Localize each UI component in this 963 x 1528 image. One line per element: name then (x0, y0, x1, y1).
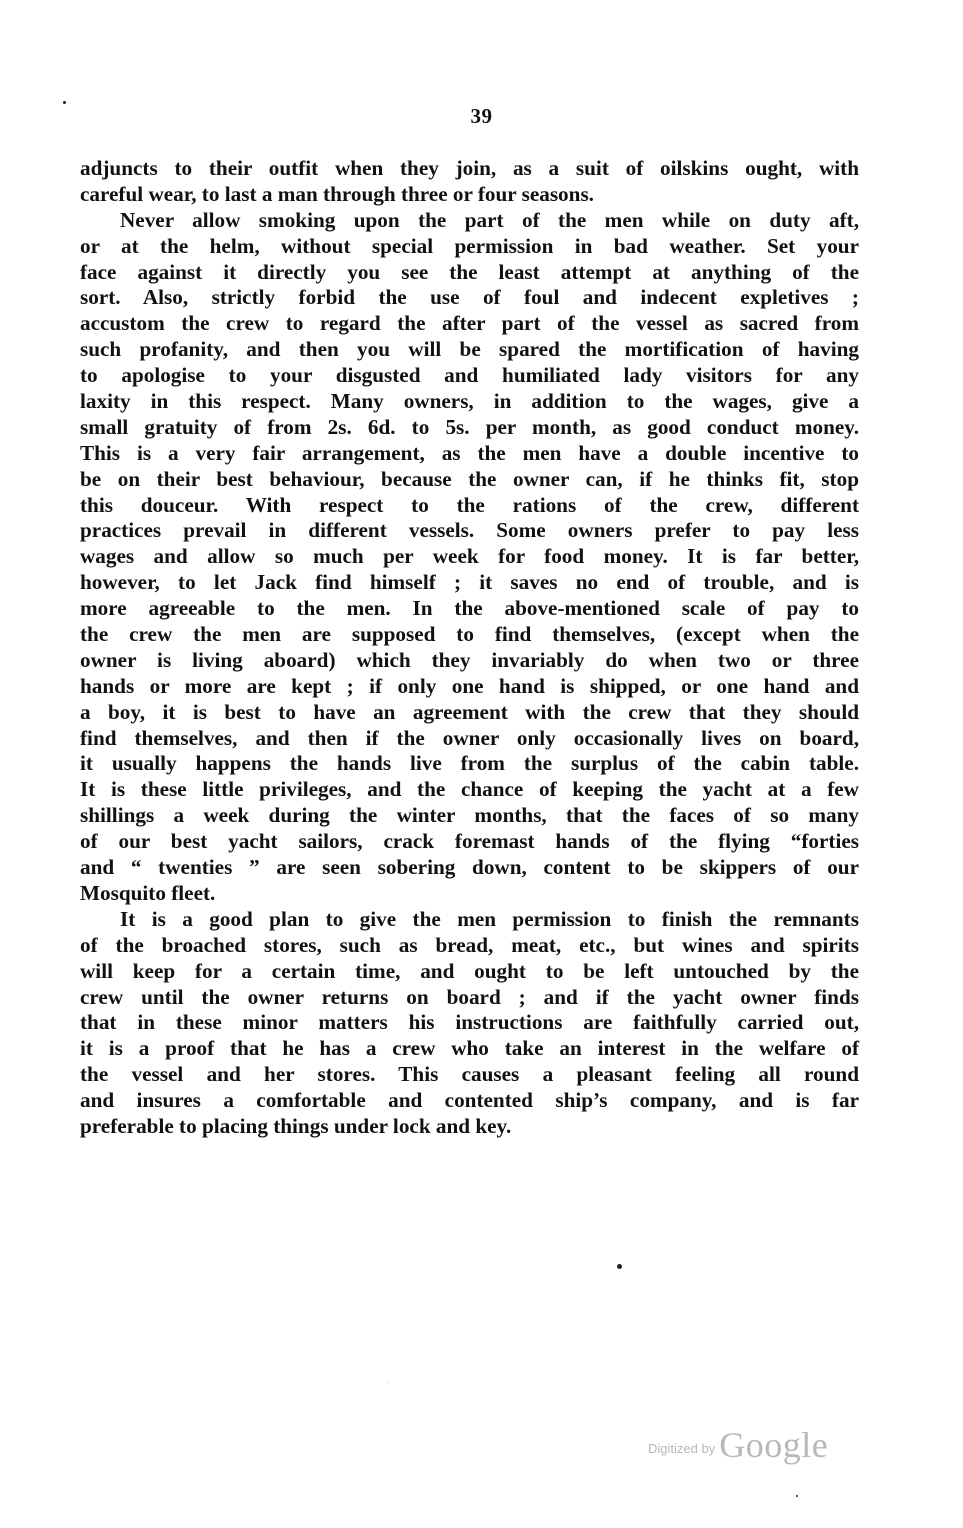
paragraph: Never allow smoking upon the part of the… (80, 208, 859, 907)
text-line: It is a good plan to give the men permis… (80, 907, 859, 933)
text-line: sort. Also, strictly forbid the use of f… (80, 285, 859, 311)
text-line: It is these little privileges, and the c… (80, 777, 859, 803)
digitized-by-google-watermark: Digitized byGoogle (648, 1424, 828, 1466)
google-logo-text: Google (719, 1425, 828, 1465)
text-line: and “ twenties ” are seen sobering down,… (80, 855, 859, 881)
text-line: crew until the owner returns on board ; … (80, 985, 859, 1011)
text-line: wages and allow so much per week for foo… (80, 544, 859, 570)
watermark-prefix: Digitized by (648, 1441, 715, 1456)
text-line: adjuncts to their outfit when they join,… (80, 156, 859, 182)
text-line: preferable to placing things under lock … (80, 1114, 859, 1140)
text-line: shillings a week during the winter month… (80, 803, 859, 829)
text-line: such profanity, and then you will be spa… (80, 337, 859, 363)
text-line: laxity in this respect. Many owners, in … (80, 389, 859, 415)
page-number: 39 (0, 104, 963, 129)
text-line: the vessel and her stores. This causes a… (80, 1062, 859, 1088)
text-line: small gratuity of from 2s. 6d. to 5s. pe… (80, 415, 859, 441)
text-line: or at the helm, without special permissi… (80, 234, 859, 260)
text-line: and insures a comfortable and contented … (80, 1088, 859, 1114)
text-line: it is a proof that he has a crew who tak… (80, 1036, 859, 1062)
text-line: accustom the crew to regard the after pa… (80, 311, 859, 337)
paragraph: It is a good plan to give the men permis… (80, 907, 859, 1140)
scan-speck (796, 1495, 798, 1497)
scan-speck (617, 1264, 622, 1269)
text-line: will keep for a certain time, and ought … (80, 959, 859, 985)
scan-speck (387, 1382, 388, 1383)
text-line: This is a very fair arrangement, as the … (80, 441, 859, 467)
text-line: to apologise to your disgusted and humil… (80, 363, 859, 389)
text-line: however, to let Jack find himself ; it s… (80, 570, 859, 596)
text-line: of our best yacht sailors, crack foremas… (80, 829, 859, 855)
text-line: this douceur. With respect to the ration… (80, 493, 859, 519)
text-line: it usually happens the hands live from t… (80, 751, 859, 777)
paragraph: adjuncts to their outfit when they join,… (80, 156, 859, 208)
body-text: adjuncts to their outfit when they join,… (80, 156, 859, 1140)
text-line: hands or more are kept ; if only one han… (80, 674, 859, 700)
text-line: be on their best behaviour, because the … (80, 467, 859, 493)
text-line: a boy, it is best to have an agreement w… (80, 700, 859, 726)
text-line: more agreeable to the men. In the above-… (80, 596, 859, 622)
text-line: face against it directly you see the lea… (80, 260, 859, 286)
text-line: Mosquito fleet. (80, 881, 859, 907)
text-line: find themselves, and then if the owner o… (80, 726, 859, 752)
text-line: that in these minor matters his instruct… (80, 1010, 859, 1036)
text-line: owner is living aboard) which they invar… (80, 648, 859, 674)
text-line: practices prevail in different vessels. … (80, 518, 859, 544)
text-line: of the broached stores, such as bread, m… (80, 933, 859, 959)
text-line: careful wear, to last a man through thre… (80, 182, 859, 208)
text-line: the crew the men are supposed to find th… (80, 622, 859, 648)
text-line: Never allow smoking upon the part of the… (80, 208, 859, 234)
